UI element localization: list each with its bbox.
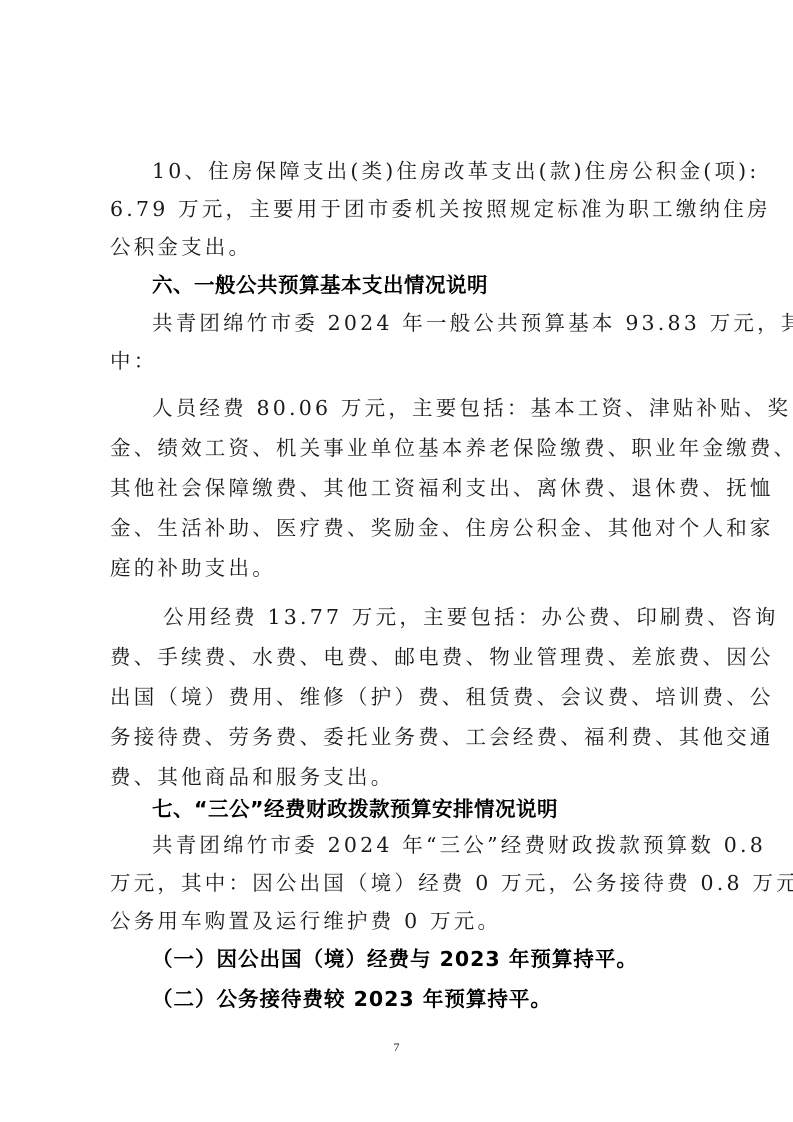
body-line: 中： <box>110 342 698 380</box>
body-line: 共青团绵竹市委 2024 年“三公”经费财政拨款预算数 0.8 <box>152 826 698 864</box>
body-line: 人员经费 80.06 万元，主要包括：基本工资、津贴补贴、奖 <box>152 389 698 427</box>
section-heading-6: 六、一般公共预算基本支出情况说明 <box>152 266 698 304</box>
body-line: 6.79 万元，主要用于团市委机关按照规定标准为职工缴纳住房 <box>110 190 698 228</box>
body-line: 庭的补助支出。 <box>110 549 698 587</box>
subsection-1: （一）因公出国（境）经费与 2023 年预算持平。 <box>152 940 698 978</box>
body-line: 金、生活补助、医疗费、奖励金、住房公积金、其他对个人和家 <box>110 509 698 547</box>
body-line: 公务用车购置及运行维护费 0 万元。 <box>110 902 698 940</box>
body-line: 公积金支出。 <box>110 228 698 266</box>
body-line: 出国（境）费用、维修（护）费、租赁费、会议费、培训费、公 <box>110 678 698 716</box>
section-heading-7: 七、“三公”经费财政拨款预算安排情况说明 <box>152 790 698 828</box>
body-line: 费、手续费、水费、电费、邮电费、物业管理费、差旅费、因公 <box>110 638 698 676</box>
page-number: 7 <box>0 1040 793 1055</box>
body-line: 其他社会保障缴费、其他工资福利支出、离休费、退休费、抚恤 <box>110 469 698 507</box>
body-line: 10、住房保障支出(类)住房改革支出(款)住房公积金(项): <box>152 152 698 190</box>
body-line: 共青团绵竹市委 2024 年一般公共预算基本 93.83 万元，其 <box>152 304 698 342</box>
body-line: 金、绩效工资、机关事业单位基本养老保险缴费、职业年金缴费、 <box>110 429 698 467</box>
body-line: 务接待费、劳务费、委托业务费、工会经费、福利费、其他交通 <box>110 718 698 756</box>
body-line: 万元，其中：因公出国（境）经费 0 万元，公务接待费 0.8 万元， <box>110 864 698 902</box>
body-line: 公用经费 13.77 万元，主要包括：办公费、印刷费、咨询 <box>163 598 709 636</box>
subsection-2: （二）公务接待费较 2023 年预算持平。 <box>152 980 698 1018</box>
